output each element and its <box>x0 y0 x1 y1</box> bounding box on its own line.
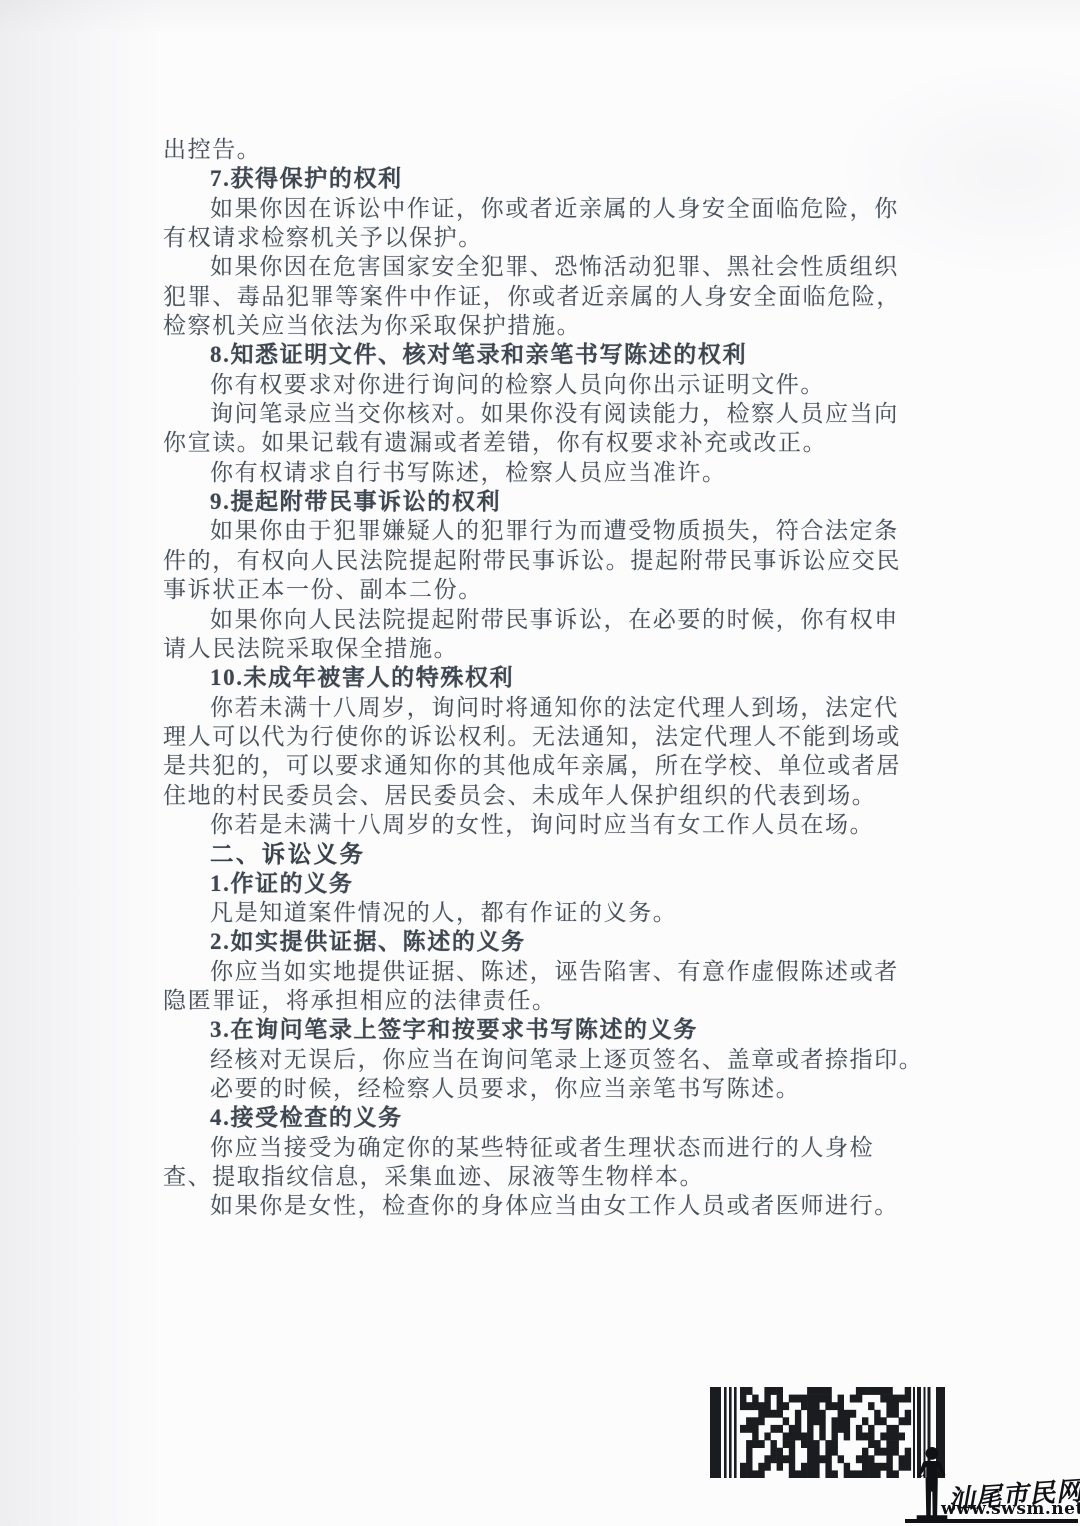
text-line: 如果你由于犯罪嫌疑人的犯罪行为而遭受物质损失，符合法定条 <box>163 512 925 541</box>
section-heading: 2.如实提供证据、陈述的义务 <box>163 923 925 952</box>
text-line: 询问笔录应当交你核对。如果你没有阅读能力，检察人员应当向 <box>163 395 925 424</box>
section-heading: 3.在询问笔录上签字和按要求书写陈述的义务 <box>163 1011 925 1040</box>
document-text-block: 出控告。7.获得保护的权利如果你因在诉讼中作证，你或者近亲属的人身安全面临危险，… <box>163 131 925 1217</box>
text-line: 你若是未满十八周岁的女性，询问时应当有女工作人员在场。 <box>163 806 925 835</box>
text-line: 你宣读。如果记载有遗漏或者差错，你有权要求补充或改正。 <box>163 424 925 453</box>
text-line: 如果你因在危害国家安全犯罪、恐怖活动犯罪、黑社会性质组织 <box>163 248 925 277</box>
person-silhouette-icon <box>913 1447 951 1521</box>
text-line: 你有权要求对你进行询问的检察人员向你出示证明文件。 <box>163 366 925 395</box>
watermark-site-url: www.swsm.net <box>941 1499 1080 1519</box>
text-line: 经核对无误后，你应当在询问笔录上逐页签名、盖章或者捺指印。 <box>163 1041 925 1070</box>
text-line: 检察机关应当依法为你采取保护措施。 <box>163 307 925 336</box>
text-line: 出控告。 <box>163 131 925 160</box>
section-heading: 1.作证的义务 <box>163 865 925 894</box>
text-line: 必要的时候，经检察人员要求，你应当亲笔书写陈述。 <box>163 1070 925 1099</box>
section-heading: 9.提起附带民事诉讼的权利 <box>163 483 925 512</box>
swsm-watermark: 汕尾市民网 www.swsm.net <box>903 1441 1080 1523</box>
section-heading: 4.接受检查的义务 <box>163 1099 925 1128</box>
text-line: 你应当如实地提供证据、陈述，诬告陷害、有意作虚假陈述或者 <box>163 953 925 982</box>
text-line: 凡是知道案件情况的人，都有作证的义务。 <box>163 894 925 923</box>
section-heading: 二、诉讼义务 <box>163 835 925 864</box>
text-line: 如果你是女性，检查你的身体应当由女工作人员或者医师进行。 <box>163 1187 925 1216</box>
text-line: 隐匿罪证，将承担相应的法律责任。 <box>163 982 925 1011</box>
text-line: 查、提取指纹信息，采集血迹、尿液等生物样本。 <box>163 1158 925 1187</box>
text-line: 事诉状正本一份、副本二份。 <box>163 571 925 600</box>
text-line: 请人民法院采取保全措施。 <box>163 630 925 659</box>
text-line: 犯罪、毒品犯罪等案件中作证，你或者近亲属的人身安全面临危险， <box>163 278 925 307</box>
text-line: 如果你向人民法院提起附带民事诉讼，在必要的时候，你有权申 <box>163 601 925 630</box>
section-heading: 8.知悉证明文件、核对笔录和亲笔书写陈述的权利 <box>163 336 925 365</box>
text-line: 如果你因在诉讼中作证，你或者近亲属的人身安全面临危险，你 <box>163 190 925 219</box>
text-line: 有权请求检察机关予以保护。 <box>163 219 925 248</box>
text-line: 你应当接受为确定你的某些特征或者生理状态而进行的人身检 <box>163 1129 925 1158</box>
section-heading: 10.未成年被害人的特殊权利 <box>163 659 925 688</box>
text-line: 住地的村民委员会、居民委员会、未成年人保护组织的代表到场。 <box>163 777 925 806</box>
text-line: 是共犯的，可以要求通知你的其他成年亲属，所在学校、单位或者居 <box>163 747 925 776</box>
text-line: 你若未满十八周岁，询问时将通知你的法定代理人到场，法定代 <box>163 689 925 718</box>
text-line: 你有权请求自行书写陈述，检察人员应当准许。 <box>163 454 925 483</box>
text-line: 理人可以代为行使你的诉讼权利。无法通知，法定代理人不能到场或 <box>163 718 925 747</box>
section-heading: 7.获得保护的权利 <box>163 160 925 189</box>
text-line: 件的，有权向人民法院提起附带民事诉讼。提起附带民事诉讼应交民 <box>163 542 925 571</box>
